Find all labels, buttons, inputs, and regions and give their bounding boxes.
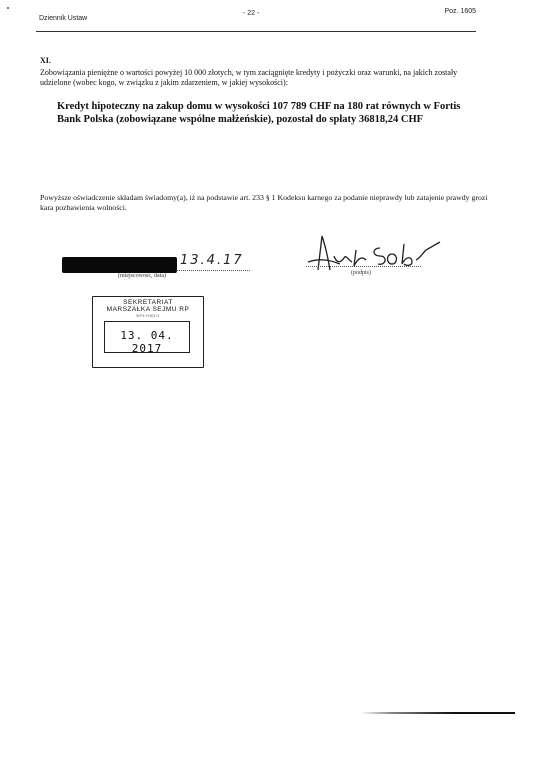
stamp-line-2: MARSZAŁKA SEJMU RP (93, 306, 203, 313)
place-date-label: (miejscowość, data) (118, 273, 166, 279)
handwritten-date: 13.4.17 (180, 253, 244, 268)
stamp-date: 13. 04. 2017 (105, 329, 189, 355)
stamp-date-box: 13. 04. 2017 (104, 321, 190, 353)
place-date-dotted-line (176, 270, 250, 271)
section-number: XI. (40, 56, 51, 65)
footer-rule (360, 712, 515, 714)
stamp-line-3: WPŁYNĘŁO (93, 314, 203, 318)
signature-dotted-line (306, 266, 421, 267)
receipt-stamp: SEKRETARIAT MARSZAŁKA SEJMU RP WPŁYNĘŁO … (92, 296, 204, 368)
scan-speck (7, 7, 9, 9)
position-number: Poz. 1605 (444, 8, 476, 15)
header-rule (36, 31, 476, 32)
section-intro: Zobowiązania pieniężne o wartości powyże… (40, 68, 480, 88)
redacted-place (62, 257, 177, 273)
page-header: Dziennik Ustaw - 22 - Poz. 1605 (36, 4, 476, 32)
publication-title: Dziennik Ustaw (39, 15, 87, 22)
stamp-line-1: SEKRETARIAT (93, 299, 203, 306)
section-answer: Kredyt hipoteczny na zakup domu w wysoko… (57, 100, 477, 126)
signature-icon (300, 228, 450, 278)
legal-statement: Powyższe oświadczenie składam świadomy(a… (40, 193, 500, 213)
page-number: - 22 - (243, 10, 259, 17)
place-date-field: 13.4.17 (60, 253, 260, 275)
signature-label: (podpis) (351, 270, 371, 276)
